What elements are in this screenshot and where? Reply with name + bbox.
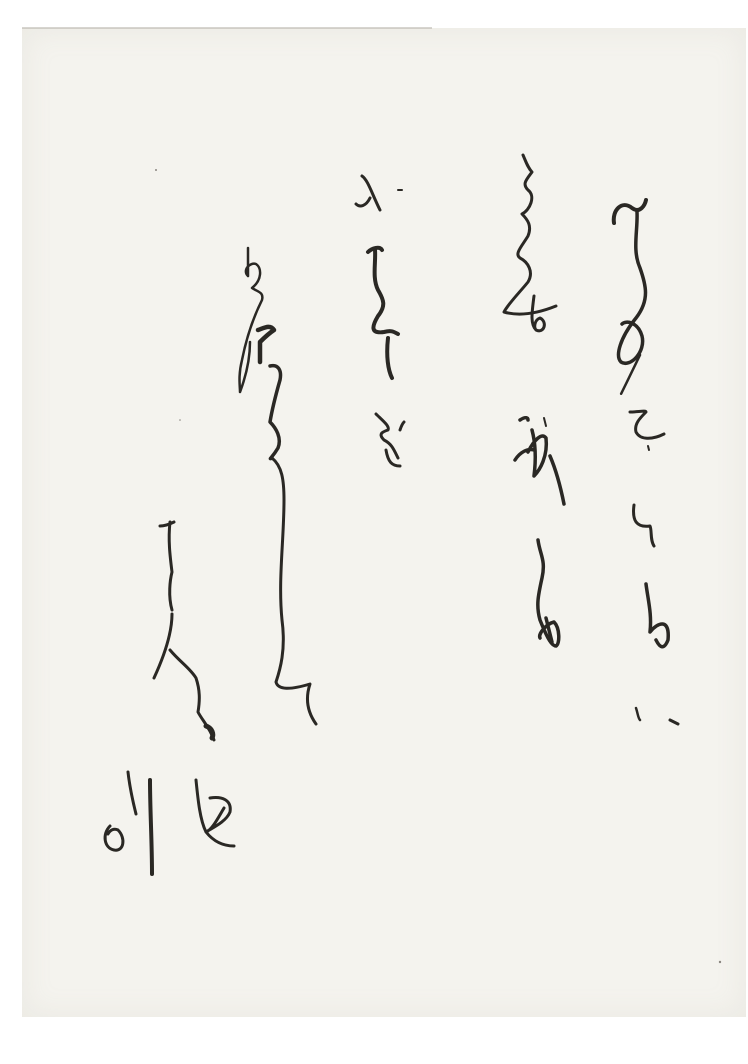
scan-background: [0, 0, 748, 1064]
calligraphy-strokes: [0, 0, 748, 1064]
column-4: [240, 248, 317, 724]
column-3: [356, 176, 404, 466]
paper-specks: [155, 169, 721, 963]
column-2: [504, 155, 564, 646]
column-1: [614, 200, 678, 724]
column-5: [105, 522, 234, 874]
